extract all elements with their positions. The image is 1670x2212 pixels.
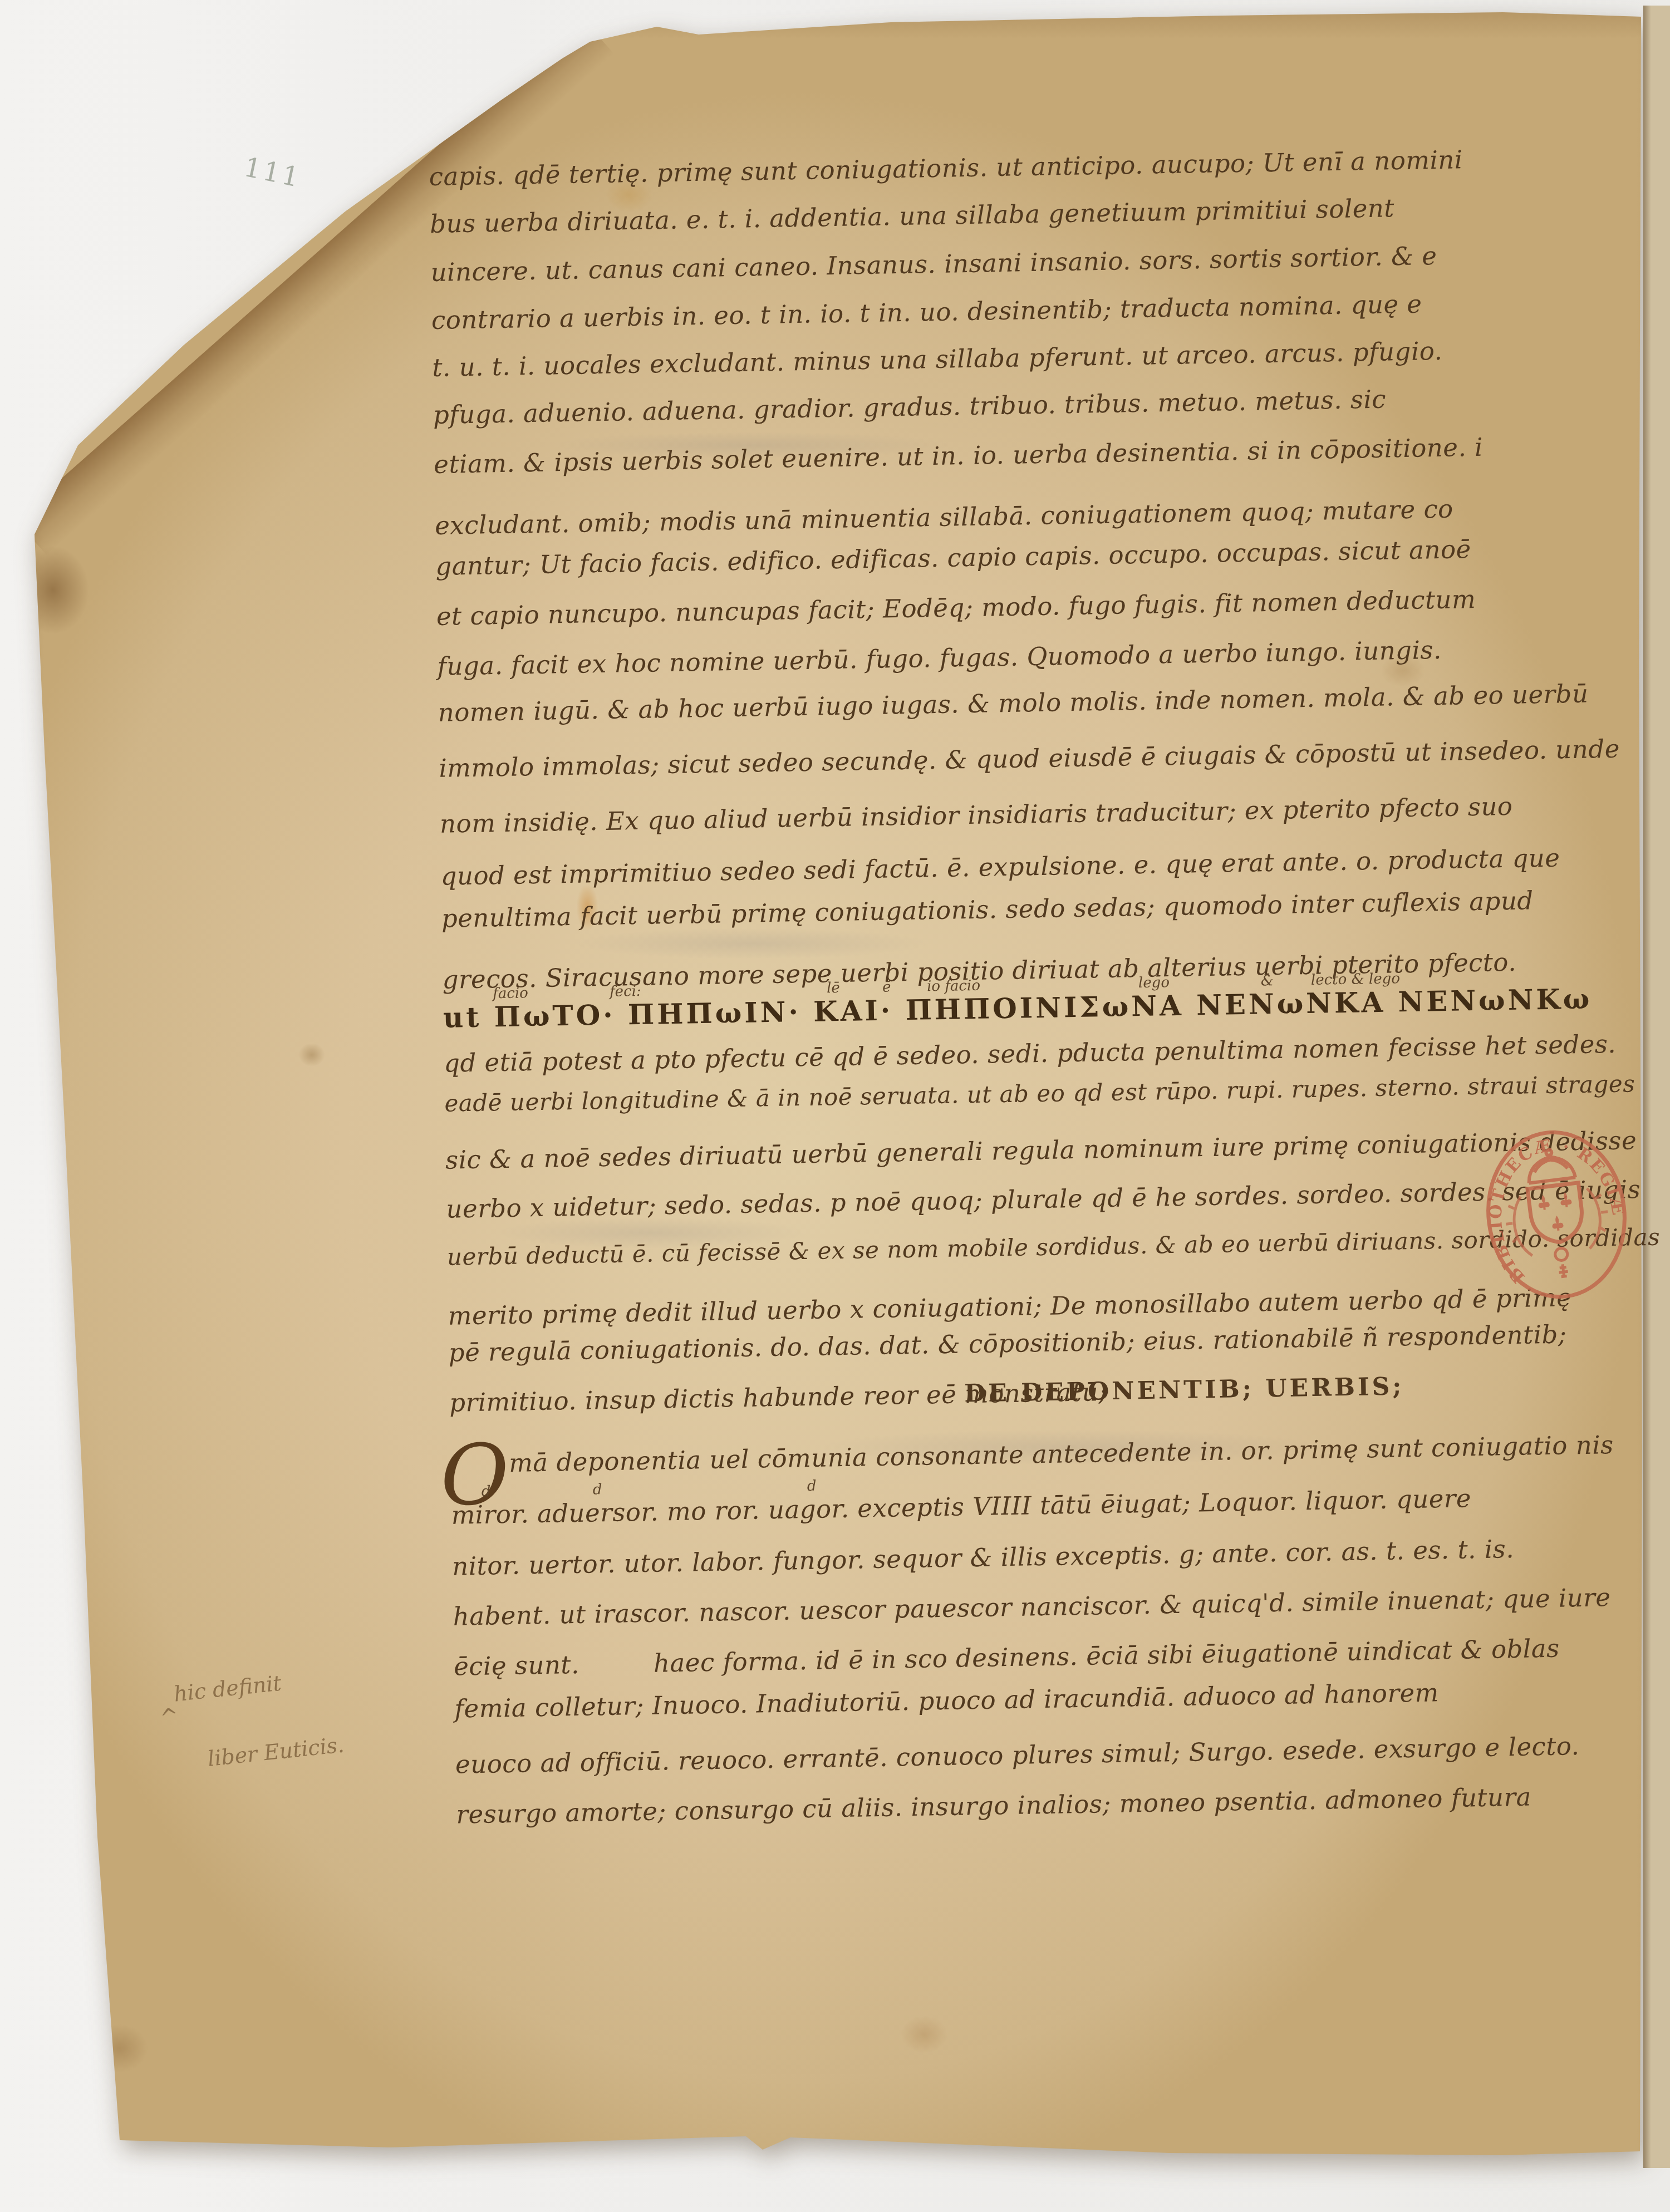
manuscript-line: qd etiā potest a pto pfectu cē qd ē sede… — [444, 1031, 1617, 1076]
manuscript-line: euoco ad officiū. reuoco. errantē. conuo… — [455, 1733, 1580, 1777]
manuscript-line: nitor. uertor. utor. labor. fungor. sequ… — [452, 1536, 1514, 1579]
stamp-pendant-icon — [1555, 1247, 1570, 1277]
manuscript-line: uerbo x uidetur; sedo. sedas. p noē quoq… — [446, 1177, 1640, 1222]
manuscript-line: excludant. omib; modis unā minuentia sil… — [435, 497, 1453, 538]
manuscript-line: contrario a uerbis in. eo. t in. io. t i… — [431, 291, 1422, 332]
manuscript-line: eadē uerbi longitudine & ā in noē seruat… — [444, 1072, 1635, 1115]
manuscript-line: nomen iugū. & ab hoc uerbū iugo iugas. &… — [438, 681, 1588, 725]
library-stamp: BIBLIOTHECÆ · REGIÆ — [1473, 1117, 1639, 1311]
manuscript-line: uerbū deductū ē. cū fecissē & ex se nom … — [447, 1226, 1661, 1269]
gloss-word: d — [482, 1483, 491, 1500]
gloss-word: ē — [882, 979, 891, 995]
manuscript-line: resurgo amorte; consurgo cū aliis. insur… — [456, 1785, 1531, 1827]
manuscript-line: uincere. ut. canus cani caneo. Insanus. … — [430, 243, 1437, 285]
manuscript-line: capis. qdē tertię. primę sunt coniugatio… — [429, 147, 1463, 189]
manuscript-line: et capio nuncupo. nuncupas facit; Eodēq;… — [436, 587, 1476, 629]
manuscript-photo: 111 capis. qdē tertię. primę sunt coniug… — [0, 0, 1670, 2212]
manuscript-line: penultima facit uerbū primę coniugationi… — [441, 888, 1534, 931]
manuscript-line: femia colletur; Inuoco. Inadiutoriū. puo… — [454, 1680, 1439, 1721]
stamp-fleur-icons — [1538, 1192, 1575, 1233]
manuscript-text-block: capis. qdē tertię. primę sunt coniugatio… — [429, 132, 1525, 1853]
manuscript-line: sic & a noē sedes diriuatū uerbū general… — [445, 1128, 1637, 1172]
manuscript-line: bus uerba diriuata. e. t. i. addentia. u… — [430, 195, 1394, 237]
manuscript-line: quod est imprimitiuo sedeo sedi factū. ē… — [440, 845, 1560, 888]
stamp-graphic: BIBLIOTHECÆ · REGIÆ — [1473, 1117, 1639, 1311]
manuscript-line: gantur; Ut facio facis. edifico. edifica… — [435, 537, 1471, 579]
manuscript-line: habent. ut irascor. nascor. uescor paues… — [453, 1585, 1610, 1629]
gloss-word: & — [1261, 972, 1274, 989]
manuscript-line: immolo immolas; sicut sedeo secundę. & q… — [439, 736, 1620, 781]
manuscript-line: etiam. & ipsis uerbis solet euenire. ut … — [434, 435, 1483, 477]
manuscript-line: t. u. t. i. uocales excludant. minus una… — [432, 338, 1443, 380]
gloss-word: d — [807, 1478, 817, 1495]
gloss-word: d — [593, 1481, 602, 1498]
margin-note: hic definit liber Euticis. — [172, 1660, 346, 1778]
section-heading-de-deponentibus: DE DEPONENTIB; UERBIS; — [964, 1372, 1404, 1408]
manuscript-line: nom insidię. Ex quo aliud uerbū insidior… — [440, 794, 1513, 837]
manuscript-line: ēcię sunt. haec forma. id ē in sco desin… — [454, 1636, 1560, 1679]
manuscript-line: fuga. facit ex hoc nomine uerbū. fugo. f… — [437, 637, 1442, 679]
margin-note-line1: hic definit — [173, 1671, 283, 1707]
manuscript-line: pfuga. aduenio. aduena. gradior. gradus.… — [433, 387, 1387, 427]
stamp-shield-icon — [1527, 1183, 1585, 1245]
adjacent-page-edge — [1643, 6, 1670, 2168]
manuscript-line: pē regulā coniugationis. do. das. dat. &… — [448, 1321, 1566, 1365]
gloss-word: lē — [827, 980, 840, 996]
